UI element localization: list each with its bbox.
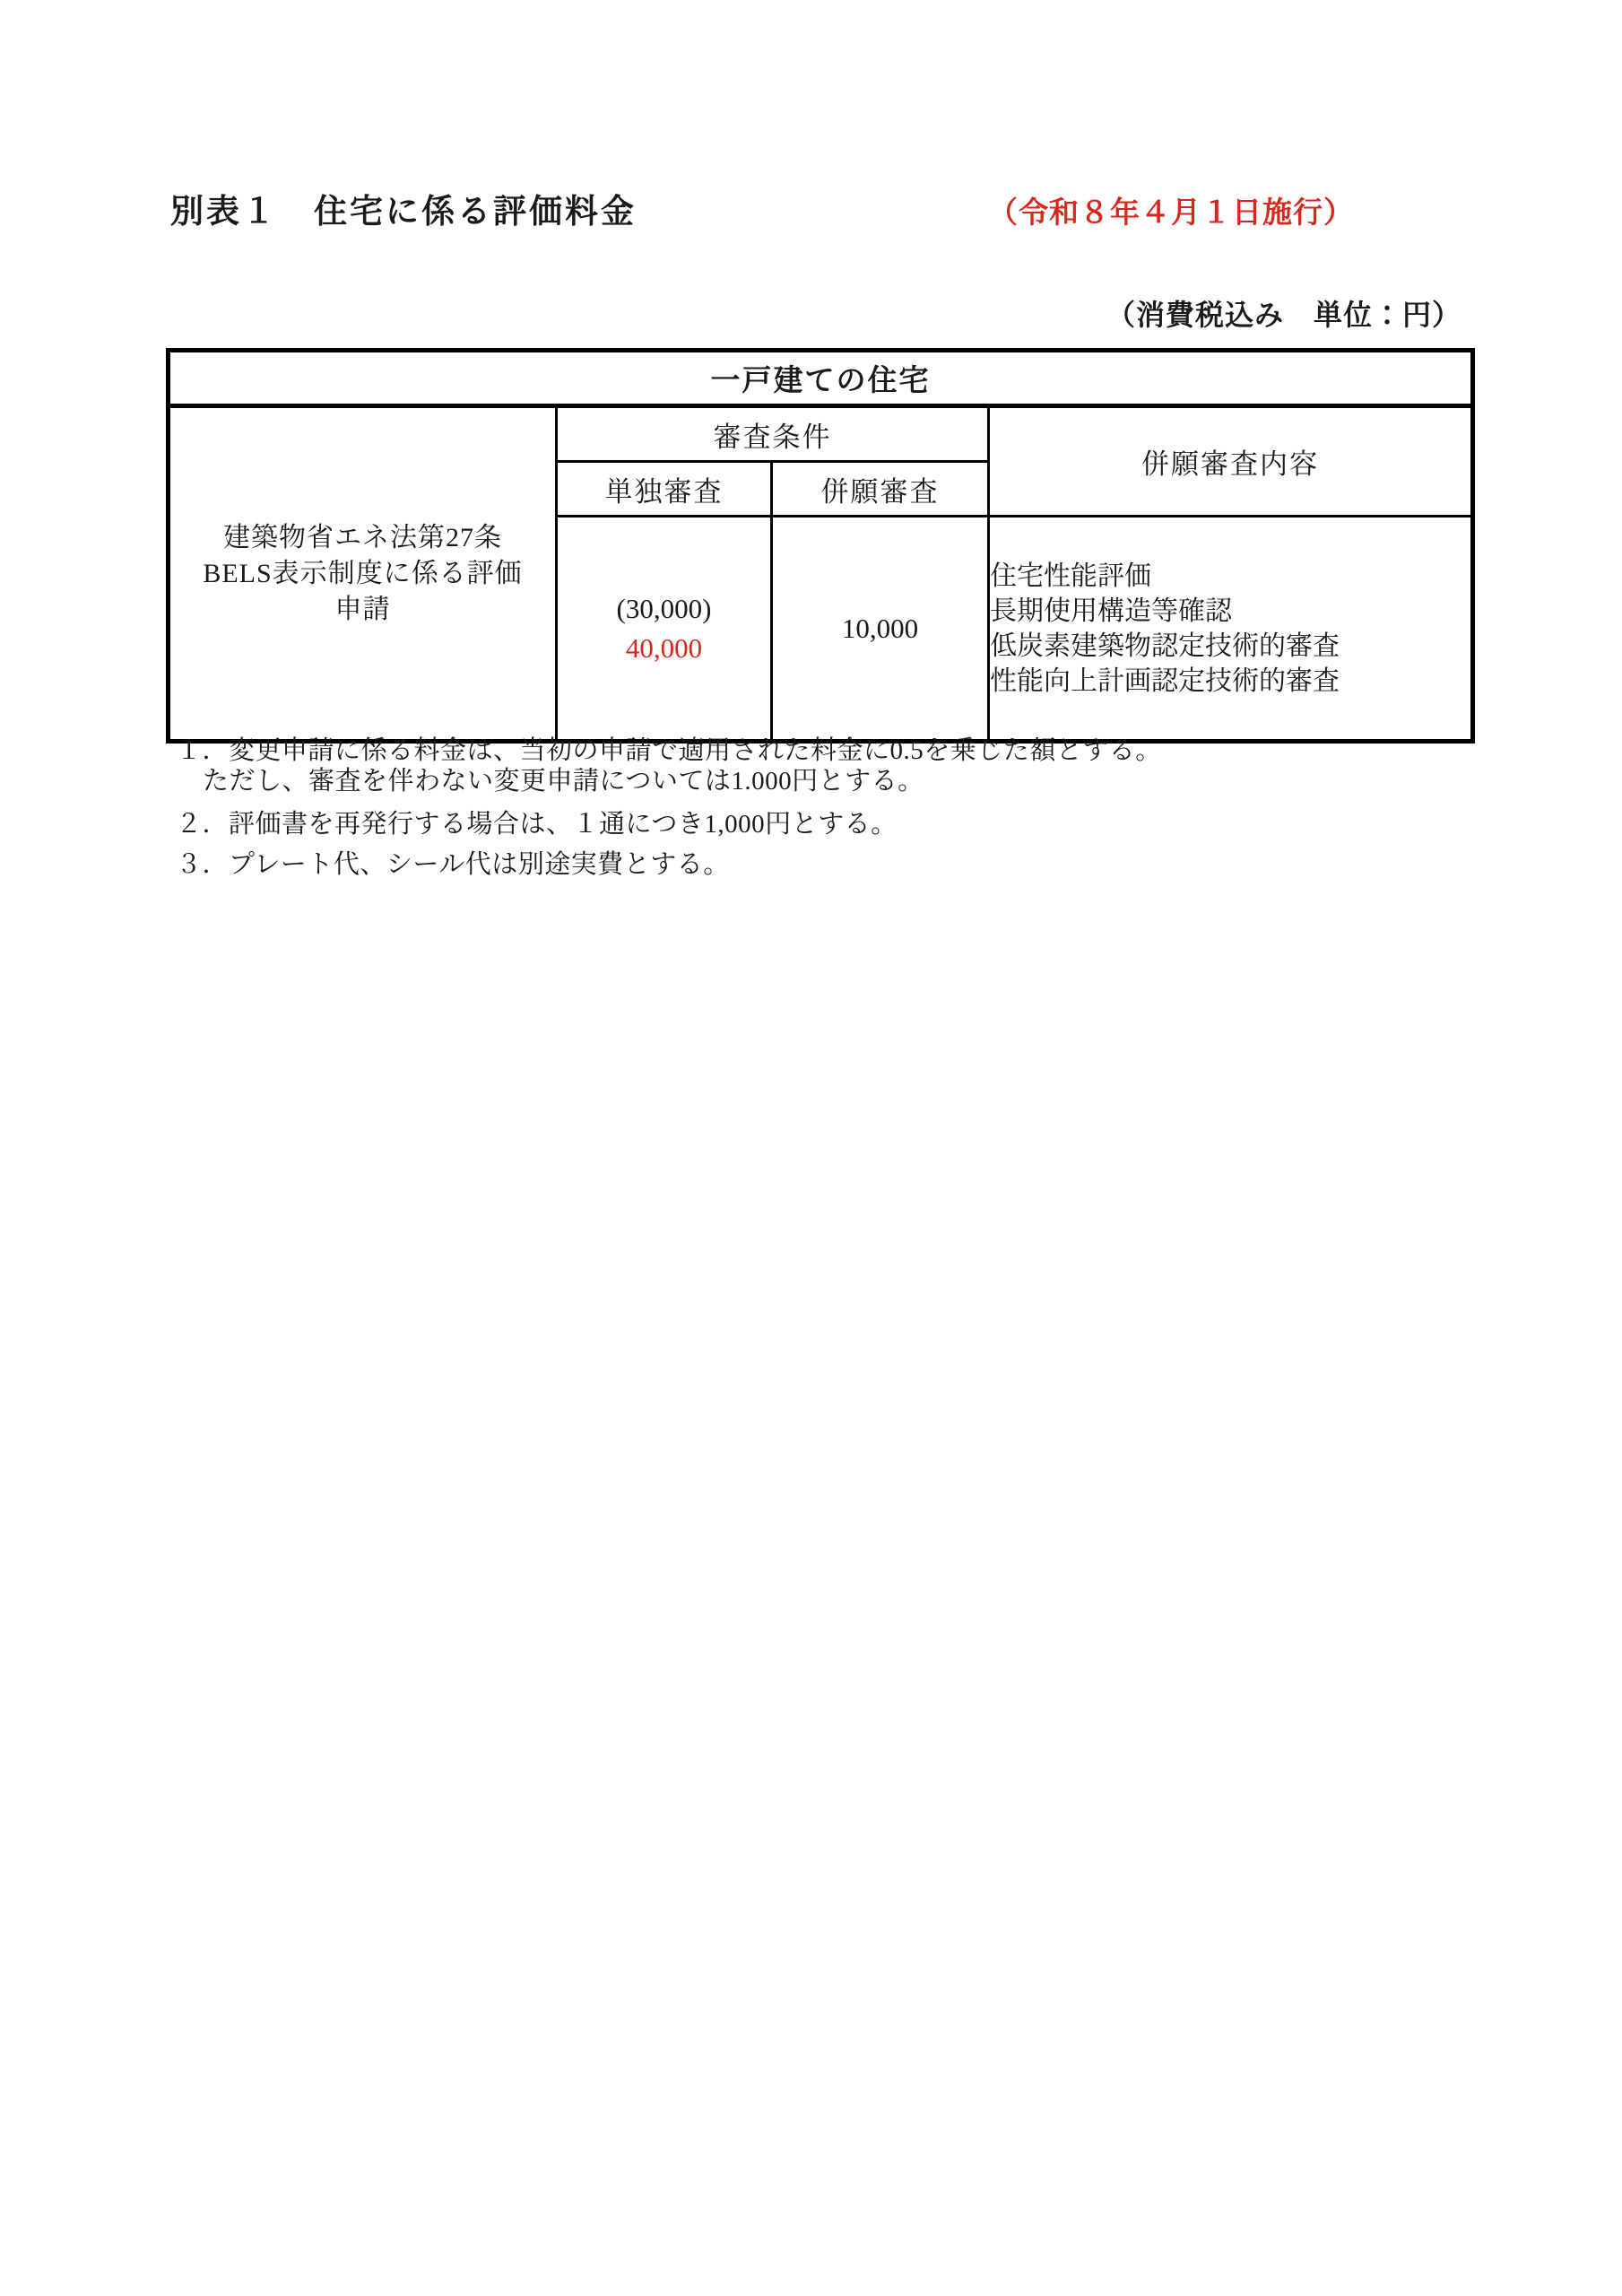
footnotes: １．変更申請に係る料金は、当初の申請で適用された料金に0.5を乗じた額とする。 … [176,735,1467,880]
table-header-row-1: 建築物省エネ法第27条 BELS表示制度に係る評価 申請 審査条件 併願審査内容 [169,406,1473,462]
footnote-number: １． [176,736,229,765]
footnote-text: 変更申請に係る料金は、当初の申請で適用された料金に0.5を乗じた額とする。 [229,736,1162,765]
application-label-line: 建築物省エネ法第27条 [170,520,555,556]
table-caption: 一戸建ての住宅 [169,351,1473,406]
application-label-line: 申請 [170,592,555,628]
application-label-line: BELS表示制度に係る評価 [170,556,555,592]
content-line: 住宅性能評価 [990,559,1470,594]
combined-examination-price-cell: 10,000 [772,517,989,742]
header-examination-conditions: 審査条件 [557,406,989,462]
content-line: 長期使用構造等確認 [990,594,1470,629]
single-price-old: (30,000) [558,589,770,629]
combined-examination-content-cell: 住宅性能評価 長期使用構造等確認 低炭素建築物認定技術的審査 性能向上計画認定技… [989,517,1473,742]
page-title: 別表１ 住宅に係る評価料金 [170,184,637,232]
document-page: 別表１ 住宅に係る評価料金 （令和８年４月１日施行） （消費税込み 単位：円） … [0,0,1622,2296]
table-caption-row: 一戸建ての住宅 [169,351,1473,406]
single-price-new: 40,000 [558,629,770,668]
footnote-text: 評価書を再発行する場合は、１通につき1,000円とする。 [229,810,898,839]
single-examination-price-cell: (30,000) 40,000 [557,517,772,742]
header-combined-examination: 併願審査 [772,462,989,517]
footnote-1: １．変更申請に係る料金は、当初の申請で適用された料金に0.5を乗じた額とする。 … [176,735,1467,796]
header-combined-examination-content: 併願審査内容 [989,406,1473,517]
footnote-text: プレート代、シール代は別途実費とする。 [229,850,730,879]
footnote-2: ２．評価書を再発行する場合は、１通につき1,000円とする。 [176,809,1467,839]
tax-unit-note: （消費税込み 単位：円） [1106,292,1462,334]
content-line: 低炭素建築物認定技術的審査 [990,629,1470,664]
footnote-number: ２． [176,810,229,839]
content-line: 性能向上計画認定技術的審査 [990,664,1470,699]
fee-table: 一戸建ての住宅 建築物省エネ法第27条 BELS表示制度に係る評価 申請 審査条… [166,348,1475,744]
effective-date-note: （令和８年４月１日施行） [988,189,1354,231]
application-label-cell: 建築物省エネ法第27条 BELS表示制度に係る評価 申請 [169,406,557,742]
footnote-3: ３．プレート代、シール代は別途実費とする。 [176,849,1467,880]
header-single-examination: 単独審査 [557,462,772,517]
footnote-text-continuation: ただし、審査を伴わない変更申請については1.000円とする。 [176,766,1467,796]
footnote-number: ３． [176,850,229,879]
